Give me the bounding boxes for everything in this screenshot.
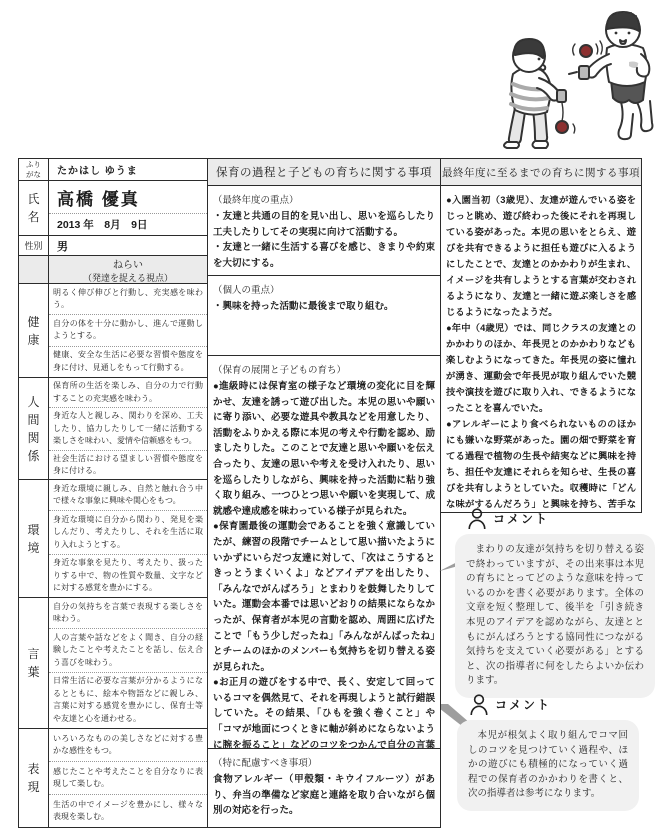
development-paragraph: ●進級時には保育室の様子など環境の変化に目を輝かせ、友達を誘って遊び出した。本児…: [213, 379, 435, 519]
category-label: 環境: [28, 521, 40, 557]
section-title: （特に配慮すべき事項）: [213, 755, 435, 769]
sex-value: 男: [49, 236, 207, 255]
person-icon: [467, 507, 487, 530]
nerai-subtitle: （発達を捉える視点）: [83, 271, 173, 284]
nerai-header-row: ねらい （発達を捉える視点）: [19, 256, 207, 284]
category-row-language: 言葉 自分の気持ちを言葉で表現する楽しさを味わう。 人の言葉や話などをよく聞き、…: [19, 598, 207, 729]
person-icon: [469, 693, 489, 716]
category-label: 言葉: [28, 645, 40, 681]
sex-label: 性別: [19, 236, 49, 255]
name-label: 氏名: [28, 190, 40, 226]
nerai-item: いろいろなものの美しさなどに対する豊かな感性をもつ。: [49, 729, 207, 762]
category-row-environment: 環境 身近な環境に親しみ、自然と触れ合う中で様々な事象に興味や関心をもつ。 身近…: [19, 480, 207, 598]
category-row-relations: 人間関係 保育所の生活を楽しみ、自分の力で行動することの充実感を味わう。 身近な…: [19, 378, 207, 480]
personal-priority-section: （個人の重点） ・興味を持った活動に最後まで取り組む。: [208, 276, 440, 356]
nerai-item: 日常生活に必要な言葉が分かるようになるとともに、絵本や物語などに親しみ、言葉に対…: [49, 673, 207, 728]
special-consideration-section: （特に配慮すべき事項） 食物アレルギー（甲殻類・キウイフルーツ）があり、弁当の準…: [208, 749, 440, 827]
furigana-row: ふりがな たかはし ゆうま: [19, 159, 207, 181]
nerai-item: 健康、安全な生活に必要な習慣や態度を身に付け、見通しをもって行動する。: [49, 347, 207, 377]
nerai-item: 身近な環境に自分から関わり、発見を楽しんだり、考えたりし、それを生活に取り入れよ…: [49, 511, 207, 555]
category-row-expression: 表現 いろいろなものの美しさなどに対する豊かな感性をもつ。 感じたことや考えたこ…: [19, 729, 207, 827]
birthdate: 2013 年 8月 9日: [49, 214, 207, 235]
history-paragraph: ●入園当初（3歳児）、友達が遊んでいる姿をじっと眺め、遊び終わった後にそれを再現…: [446, 192, 636, 320]
nerai-item: 感じたことや考えたことを自分なりに表現して楽しむ。: [49, 762, 207, 795]
priority-bullet: ・友達と一緒に生活する喜びを感じ、きまりや約束を大切にする。: [213, 240, 435, 271]
comment-bubble: 本児が根気よく取り組んでコマ回しのコツを見つけていく過程や、ほかの遊びにも積極的…: [457, 720, 639, 811]
consideration-body: 食物アレルギー（甲殻類・キウイフルーツ）があり、弁当の準備など家庭と連絡を取り合…: [213, 772, 435, 819]
furigana-label: ふりがな: [26, 160, 41, 179]
nerai-item: 人の言葉や話などをよく聞き、自分の経験したことや考えたことを話し、伝え合う喜びを…: [49, 629, 207, 673]
category-label: 健康: [28, 313, 40, 349]
section-title: （最終年度の重点）: [213, 192, 435, 206]
nerai-item: 明るく伸び伸びと行動し、充実感を味わう。: [49, 284, 207, 315]
children-kendama-illustration: [483, 4, 655, 154]
growth-history-section: ●入園当初（3歳児）、友達が遊んでいる姿をじっと眺め、遊び終わった後にそれを再現…: [441, 186, 641, 512]
sex-row: 性別 男: [19, 236, 207, 256]
growth-history-header: 最終年度に至るまでの育ちに関する事項: [441, 159, 641, 186]
final-year-priority-section: （最終年度の重点） ・友達と共通の目的を見い出し、思いを巡らしたり工夫したりして…: [208, 186, 440, 276]
care-process-column: 保育の過程と子どもの育ちに関する事項 （最終年度の重点） ・友達と共通の目的を見…: [207, 158, 441, 828]
comment-callout-2: コメント 本児が根気よく取り組んでコマ回しのコツを見つけていく過程や、ほかの遊び…: [457, 693, 639, 811]
priority-bullet: ・友達と共通の目的を見い出し、思いを巡らしたり工夫したりしてその実現に向けて活動…: [213, 209, 435, 240]
comment-label: コメント: [495, 696, 551, 713]
history-paragraph: ●年中（4歳児）では、同じクラスの友達とのかかわりのほか、年長児とのかかわりなど…: [446, 320, 636, 416]
nerai-item: 保育所の生活を楽しみ、自分の力で行動することの充実感を味わう。: [49, 378, 207, 408]
nerai-item: 身近な環境に親しみ、自然と触れ合う中で様々な事象に興味や関心をもつ。: [49, 480, 207, 511]
category-label: 人間関係: [28, 393, 40, 465]
comment-callout-1: コメント まわりの友達が気持ちを切り替える姿で終わっていますが、その出来事は本児…: [455, 507, 655, 698]
category-row-health: 健康 明るく伸び伸びと行動し、充実感を味わう。 自分の体を十分に動かし、進んで運…: [19, 284, 207, 378]
development-paragraph: ●お正月の遊びをする中で、長く、安定して回っているコマを偶然見て、それを再現しよ…: [213, 675, 435, 749]
growth-history-column: 最終年度に至るまでの育ちに関する事項 ●入園当初（3歳児）、友達が遊んでいる姿を…: [440, 158, 642, 513]
history-paragraph: ●アレルギーにより食べられないもののほかにも嫌いな野菜があった。園の畑で野菜を育…: [446, 416, 636, 512]
nerai-item: 身近な人と親しみ、関わりを深め、工夫したり、協力したりして一緒に活動する楽しさを…: [49, 408, 207, 451]
nerai-title: ねらい: [113, 256, 143, 271]
development-paragraph: ●保育園最後の運動会であることを強く意識していたが、練習の段階でチームとして思い…: [213, 519, 435, 675]
nerai-item: 社会生活における望ましい習慣や態度を身に付ける。: [49, 451, 207, 480]
section-title: （保育の展開と子どもの育ち）: [213, 362, 435, 376]
nerai-item: 自分の気持ちを言葉で表現する楽しさを味わう。: [49, 598, 207, 629]
name-row: 氏名 高橋 優真 2013 年 8月 9日: [19, 181, 207, 236]
comment-label: コメント: [493, 510, 549, 527]
priority-bullet: ・興味を持った活動に最後まで取り組む。: [213, 299, 435, 315]
care-process-header: 保育の過程と子どもの育ちに関する事項: [208, 159, 440, 186]
comment-bubble: まわりの友達が気持ちを切り替える姿で終わっていますが、その出来事は本児の育ちにと…: [455, 534, 655, 698]
nerai-item: 身近な事象を見たり、考えたり、扱ったりする中で、物の性質や数量、文字などに対する…: [49, 555, 207, 598]
category-label: 表現: [28, 760, 40, 796]
nerai-item: 生活の中でイメージを豊かにし、様々な表現を楽しむ。: [49, 795, 207, 827]
childcare-record-sheet: ふりがな たかはし ゆうま 氏名 高橋 優真 2013 年 8月 9日 性別 男…: [0, 0, 660, 837]
nerai-item: 自分の体を十分に動かし、進んで運動しようとする。: [49, 315, 207, 346]
care-development-section: （保育の展開と子どもの育ち） ●進級時には保育室の様子など環境の変化に目を輝かせ…: [208, 356, 440, 749]
child-name: 高橋 優真: [49, 181, 207, 214]
furigana-value: たかはし ゆうま: [49, 159, 207, 180]
section-title: （個人の重点）: [213, 282, 435, 296]
child-info-panel: ふりがな たかはし ゆうま 氏名 高橋 優真 2013 年 8月 9日 性別 男…: [18, 158, 208, 828]
